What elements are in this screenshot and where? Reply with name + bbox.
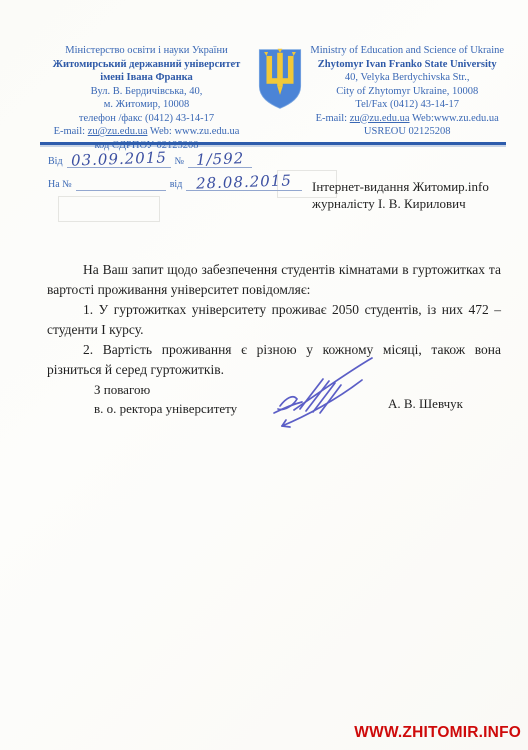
addressee-block: Інтернет-видання Житомир.info журналісту…: [312, 178, 489, 212]
of-label: від: [170, 179, 183, 191]
usreou-code: USREOU 02125208: [304, 125, 510, 139]
university-name-uk: Житомирський державний університет: [38, 58, 255, 72]
scan-artifact-box: [58, 196, 160, 222]
number-label: №: [175, 156, 185, 168]
contacts-uk: E-mail: zu@zu.edu.ua Web: www.zu.edu.ua: [38, 125, 255, 139]
reference-row-outgoing: Від 03.09.2015 № 1/592: [48, 152, 306, 168]
body-item-1: 1. У гуртожитках університету проживає 2…: [47, 300, 501, 340]
outgoing-date-handwriting: 03.09.2015: [70, 150, 166, 167]
handwritten-signature: [266, 356, 378, 434]
web-label-uk: Web:: [148, 126, 175, 137]
email-label-uk: E-mail:: [54, 126, 88, 137]
letterhead-ukrainian: Міністерство освіти і науки України Жито…: [38, 44, 255, 152]
incoming-number-line: [76, 179, 166, 191]
email-label-en: E-mail:: [316, 113, 350, 124]
web-link-en: www.zu.edu.ua: [434, 113, 499, 124]
web-label-en: Web:: [410, 113, 434, 124]
addressee-organization: Інтернет-видання Житомир.info: [312, 178, 489, 195]
street-uk: Вул. В. Бердичівська, 40,: [38, 85, 255, 99]
regards-line: З повагою: [94, 380, 237, 399]
outgoing-number-handwriting: 1/592: [196, 151, 245, 167]
university-name-en: Zhytomyr Ivan Franko State University: [304, 58, 510, 72]
on-number-label: На №: [48, 179, 72, 191]
scanned-letter-page: Міністерство освіти і науки України Жито…: [0, 0, 528, 750]
ministry-line-uk: Міністерство освіти і науки України: [38, 44, 255, 58]
outgoing-number-line: 1/592: [188, 152, 252, 168]
city-uk: м. Житомир, 10008: [38, 98, 255, 112]
letterhead-divider: [40, 142, 506, 145]
ministry-line-en: Ministry of Education and Science of Ukr…: [304, 44, 510, 58]
reference-block: Від 03.09.2015 № 1/592 На № від 28.08.20…: [48, 152, 306, 198]
body-intro: На Ваш запит щодо забезпечення студентів…: [47, 260, 501, 300]
university-name2-uk: імені Івана Франка: [38, 71, 255, 85]
site-watermark: WWW.ZHITOMIR.INFO: [354, 724, 521, 742]
phone-uk: телефон /факс (0412) 43-14-17: [38, 112, 255, 126]
contacts-en: E-mail: zu@zu.edu.ua Web:www.zu.edu.ua: [304, 112, 510, 126]
addressee-person: журналісту І. В. Кирилович: [312, 195, 489, 212]
ukraine-trident-icon: [256, 48, 304, 110]
from-label: Від: [48, 156, 63, 168]
reference-row-incoming: На № від 28.08.2015: [48, 175, 306, 191]
email-link-en: zu@zu.edu.ua: [350, 113, 410, 124]
signer-name: А. В. Шевчук: [388, 396, 463, 412]
letterhead: Міністерство освіти і науки України Жито…: [38, 44, 510, 152]
emblem-wrap: [255, 44, 304, 152]
phone-en: Tel/Fax (0412) 43-14-17: [304, 98, 510, 112]
position-line: в. о. ректора університету: [94, 399, 237, 418]
email-link-uk: zu@zu.edu.ua: [88, 126, 148, 137]
city-en: City of Zhytomyr Ukraine, 10008: [304, 85, 510, 99]
letterhead-english: Ministry of Education and Science of Ukr…: [304, 44, 510, 152]
street-en: 40, Velyka Berdychivska Str.,: [304, 71, 510, 85]
outgoing-date-line: 03.09.2015: [67, 152, 171, 168]
web-link-uk: www.zu.edu.ua: [174, 126, 239, 137]
signature-closing: З повагою в. о. ректора університету: [94, 380, 237, 418]
